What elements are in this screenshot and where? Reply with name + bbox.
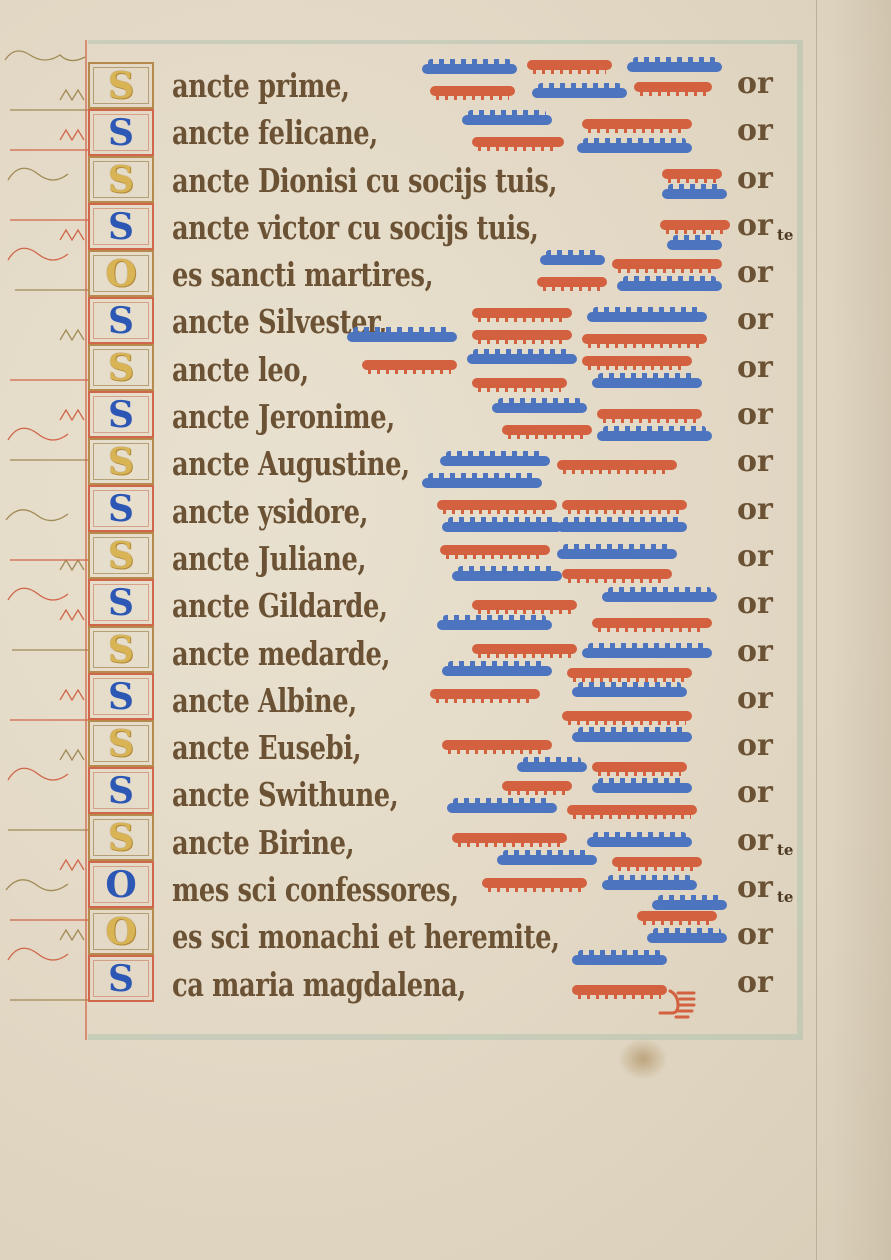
line-filler: [662, 189, 727, 199]
line-filler: [557, 460, 677, 470]
response-ora: or: [737, 965, 773, 1000]
invocation-text: ancte medarde,: [172, 634, 390, 673]
response-superscript: te: [777, 226, 793, 244]
invocation-text: ancte Gildarde,: [172, 586, 388, 625]
litany-line: ancte Dionisi cu socijs tuis, or: [172, 161, 812, 208]
line-filler: [634, 82, 712, 92]
line-filler: [582, 119, 692, 129]
gutter-shadow: [831, 0, 891, 1260]
response-ora: or: [737, 728, 773, 763]
litany-line: mes sci confessores, or te: [172, 870, 812, 917]
illuminated-initial: S: [88, 720, 154, 767]
line-filler: [572, 732, 692, 742]
litany-text: ancte prime, or ancte felicane, or ancte…: [172, 66, 812, 1012]
line-filler: [667, 240, 722, 250]
invocation-text: ancte leo,: [172, 350, 309, 389]
response-ora: or: [737, 113, 773, 148]
line-filler: [597, 409, 702, 419]
line-filler: [602, 592, 717, 602]
line-filler: [430, 86, 515, 96]
invocation-text: es sancti martires,: [172, 255, 433, 294]
litany-line: ancte Gildarde, or: [172, 586, 812, 633]
line-filler: [472, 137, 564, 147]
line-filler: [472, 378, 567, 388]
line-filler: [567, 805, 697, 815]
manuscript-page: S S S S O S S S S S S S S S S S S O O S …: [0, 0, 891, 1260]
parchment-stain: [618, 1038, 668, 1080]
line-filler: [482, 878, 587, 888]
invocation-text: ancte victor cu socijs tuis,: [172, 208, 538, 247]
line-filler: [562, 711, 692, 721]
line-filler: [597, 431, 712, 441]
litany-line: ancte Albine, or: [172, 681, 812, 728]
invocation-text: ancte ysidore,: [172, 492, 368, 531]
litany-line: ancte Jeronime, or: [172, 397, 812, 444]
illuminated-initial: S: [88, 532, 154, 579]
litany-line: ancte Eusebi, or: [172, 728, 812, 775]
line-filler: [472, 330, 572, 340]
response-ora: or: [737, 397, 773, 432]
response-ora: or: [737, 161, 773, 196]
response-ora: or: [737, 823, 773, 858]
litany-line: ancte Swithune, or: [172, 775, 812, 822]
line-filler: [442, 522, 562, 532]
response-ora: or: [737, 255, 773, 290]
ruling-line: [816, 0, 817, 1260]
response-ora: or: [737, 870, 773, 905]
litany-line: ancte ysidore, or: [172, 492, 812, 539]
invocation-text: ancte Dionisi cu socijs tuis,: [172, 161, 557, 200]
line-filler: [442, 666, 552, 676]
dragon-head-flourish: [658, 985, 698, 1025]
illuminated-initial: S: [88, 767, 154, 814]
response-ora: or: [737, 775, 773, 810]
line-filler: [472, 644, 577, 654]
line-filler: [572, 687, 687, 697]
line-filler: [362, 360, 457, 370]
response-ora: or: [737, 444, 773, 479]
line-filler: [447, 803, 557, 813]
litany-line: ancte Augustine, or: [172, 444, 812, 491]
line-filler: [612, 259, 722, 269]
invocation-text: ancte Juliane,: [172, 539, 366, 578]
line-filler: [430, 689, 540, 699]
line-filler: [452, 833, 567, 843]
line-filler: [567, 668, 692, 678]
response-ora: or: [737, 350, 773, 385]
line-filler: [472, 308, 572, 318]
line-filler: [517, 762, 587, 772]
line-filler: [592, 783, 692, 793]
illuminated-initial: S: [88, 485, 154, 532]
line-filler: [492, 403, 587, 413]
line-filler: [532, 88, 627, 98]
line-filler: [617, 281, 722, 291]
line-filler: [502, 425, 592, 435]
illuminated-initial: S: [88, 955, 154, 1002]
litany-line: ca maria magdalena, or: [172, 965, 812, 1012]
line-filler: [587, 837, 692, 847]
litany-line: es sci monachi et heremite, or: [172, 917, 812, 964]
invocation-text: ancte Albine,: [172, 681, 357, 720]
response-ora: or: [737, 917, 773, 952]
response-ora: or: [737, 492, 773, 527]
litany-line: ancte medarde, or: [172, 634, 812, 681]
line-filler: [612, 857, 702, 867]
litany-line: ancte leo, or: [172, 350, 812, 397]
invocation-text: mes sci confessores,: [172, 870, 459, 909]
illuminated-initial: S: [88, 297, 154, 344]
line-filler: [582, 356, 692, 366]
response-ora: or: [737, 208, 773, 243]
illuminated-initial: S: [88, 673, 154, 720]
illuminated-initial: S: [88, 814, 154, 861]
illuminated-initial: S: [88, 203, 154, 250]
litany-line: ancte victor cu socijs tuis, or te: [172, 208, 812, 255]
illuminated-initial: S: [88, 579, 154, 626]
line-filler: [472, 600, 577, 610]
illuminated-initial: S: [88, 391, 154, 438]
line-filler: [660, 220, 730, 230]
line-filler: [537, 277, 607, 287]
invocation-text: ancte Augustine,: [172, 444, 410, 483]
line-filler: [347, 332, 457, 342]
line-filler: [557, 522, 687, 532]
invocation-text: ancte Swithune,: [172, 775, 398, 814]
invocation-text: ancte Eusebi,: [172, 728, 361, 767]
line-filler: [582, 334, 707, 344]
line-filler: [440, 545, 550, 555]
line-filler: [422, 64, 517, 74]
initials-column: S S S S O S S S S S S S S S S S S O O S: [88, 62, 154, 1002]
litany-line: ancte Silvester, or: [172, 302, 812, 349]
litany-line: ancte Birine, or te: [172, 823, 812, 870]
line-filler: [422, 478, 542, 488]
illuminated-initial: S: [88, 156, 154, 203]
line-filler: [452, 571, 562, 581]
line-filler: [462, 115, 552, 125]
line-filler: [587, 312, 707, 322]
response-ora: or: [737, 302, 773, 337]
litany-line: es sancti martires, or: [172, 255, 812, 302]
response-ora: or: [737, 586, 773, 621]
illuminated-initial: S: [88, 344, 154, 391]
line-filler: [592, 378, 702, 388]
response-superscript: te: [777, 888, 793, 906]
illuminated-initial: S: [88, 438, 154, 485]
response-ora: or: [737, 634, 773, 669]
line-filler: [557, 549, 677, 559]
litany-line: ancte prime, or: [172, 66, 812, 113]
line-filler: [502, 781, 572, 791]
line-filler: [562, 569, 672, 579]
line-filler: [437, 500, 557, 510]
invocation-text: ca maria magdalena,: [172, 965, 466, 1004]
line-filler: [582, 648, 712, 658]
line-filler: [437, 620, 552, 630]
response-ora: or: [737, 66, 773, 101]
litany-line: ancte felicane, or: [172, 113, 812, 160]
line-filler: [577, 143, 692, 153]
line-filler: [592, 618, 712, 628]
line-filler: [540, 255, 605, 265]
invocation-text: es sci monachi et heremite,: [172, 917, 560, 956]
line-filler: [592, 762, 687, 772]
line-filler: [662, 169, 722, 179]
illuminated-initial: S: [88, 109, 154, 156]
illuminated-initial: O: [88, 861, 154, 908]
invocation-text: ancte prime,: [172, 66, 350, 105]
illuminated-initial: S: [88, 626, 154, 673]
line-filler: [647, 933, 727, 943]
invocation-text: ancte felicane,: [172, 113, 378, 152]
invocation-text: ancte Jeronime,: [172, 397, 395, 436]
line-filler: [572, 955, 667, 965]
line-filler: [652, 900, 727, 910]
line-filler: [497, 855, 597, 865]
line-filler: [562, 500, 687, 510]
line-filler: [527, 60, 612, 70]
illuminated-initial: S: [88, 62, 154, 109]
line-filler: [637, 911, 717, 921]
line-filler: [440, 456, 550, 466]
marginal-penwork-decoration: [0, 40, 92, 1040]
invocation-text: ancte Birine,: [172, 823, 354, 862]
line-filler: [442, 740, 552, 750]
illuminated-initial: O: [88, 250, 154, 297]
response-superscript: te: [777, 841, 793, 859]
response-ora: or: [737, 681, 773, 716]
litany-line: ancte Juliane, or: [172, 539, 812, 586]
line-filler: [602, 880, 697, 890]
illuminated-initial: O: [88, 908, 154, 955]
response-ora: or: [737, 539, 773, 574]
line-filler: [627, 62, 722, 72]
line-filler: [467, 354, 577, 364]
line-filler: [572, 985, 667, 995]
